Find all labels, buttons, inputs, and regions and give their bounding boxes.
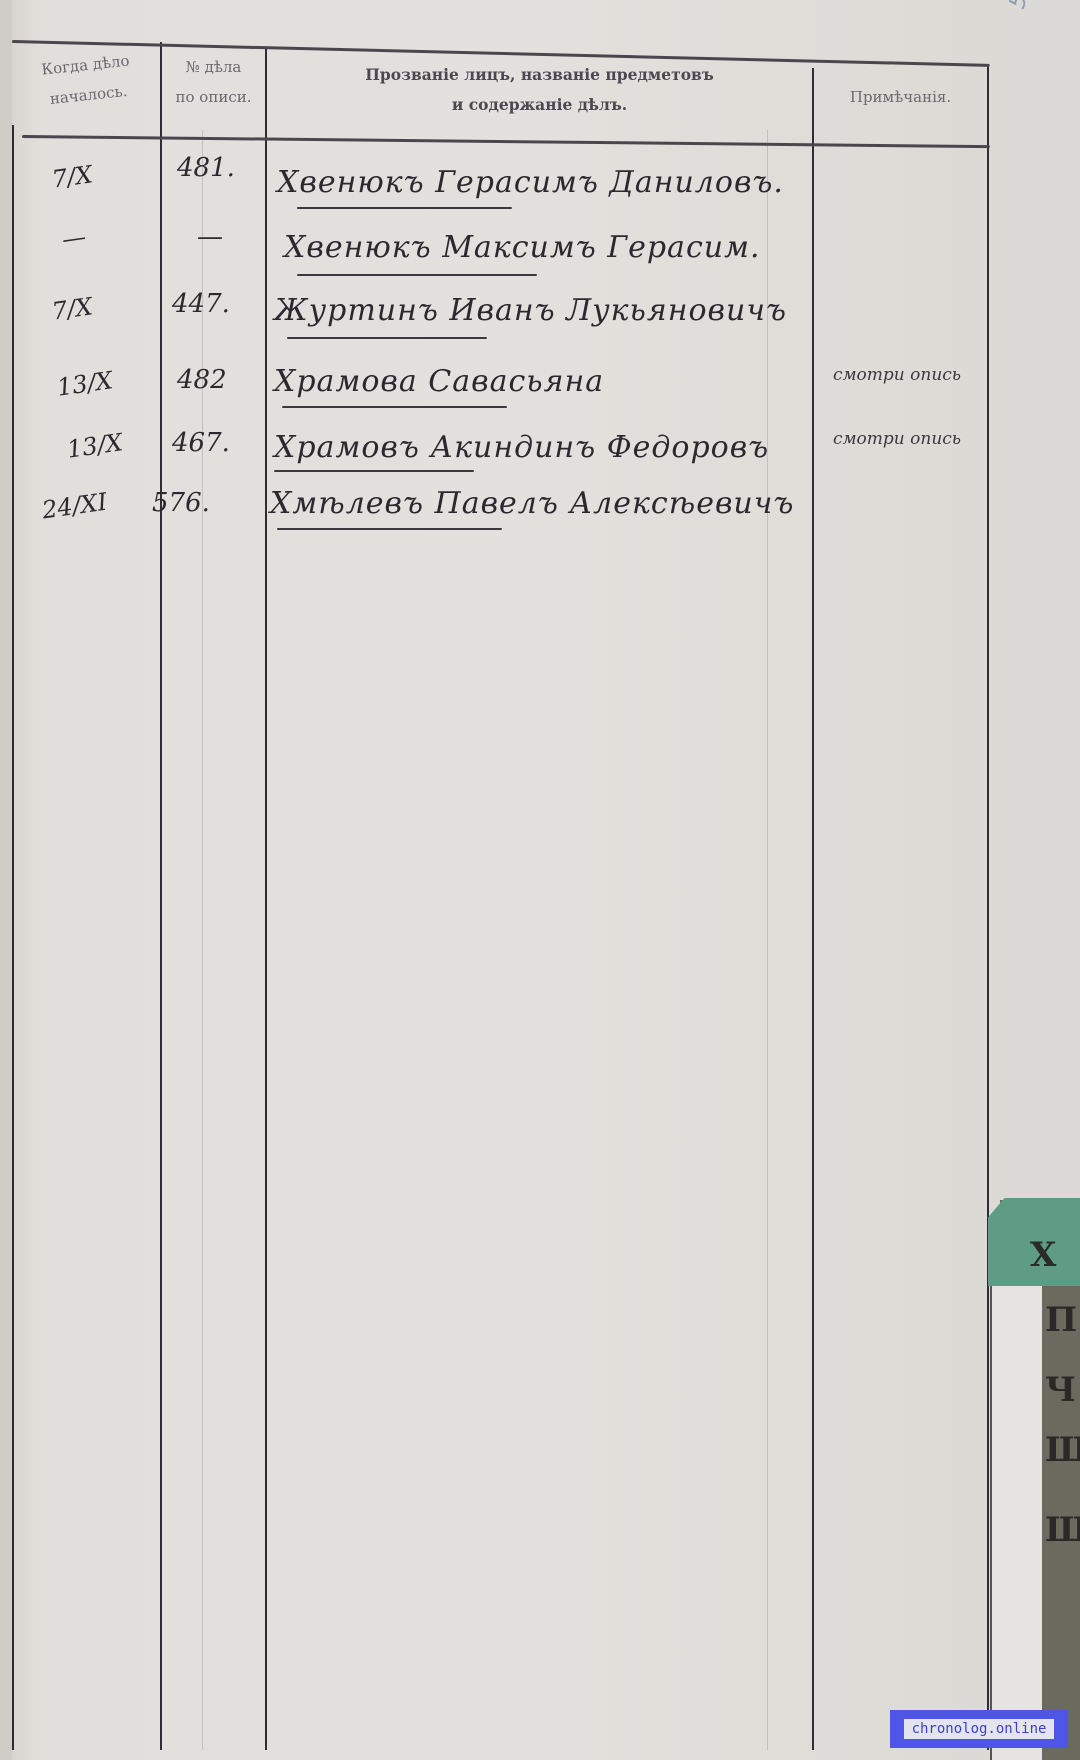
- row-name: Хмѣлевъ Павелъ Алексѣевичъ: [270, 486, 794, 521]
- row-note: смотри опись: [812, 366, 982, 384]
- name-underline: [274, 470, 474, 472]
- row-number: 447.: [172, 289, 230, 319]
- index-tab-letter: Х: [1030, 1235, 1056, 1275]
- row-number: —: [197, 222, 223, 252]
- row-name: Журтинъ Иванъ Лукьяновичъ: [274, 293, 787, 328]
- register-table: Когда дѣло началось. № дѣла по описи. Пр…: [12, 30, 990, 1750]
- name-underline: [287, 337, 487, 339]
- row-number: 482: [177, 365, 227, 395]
- row-date: 13/X: [65, 428, 124, 463]
- header-notes: Примѣчанія.: [814, 82, 987, 112]
- name-underline: [297, 207, 512, 209]
- table-row: 7/X 481. Хвенюкъ Герасимъ Даниловъ.: [12, 145, 990, 209]
- row-name: Храмовъ Акиндинъ Федоровъ: [274, 430, 769, 465]
- name-underline: [277, 528, 502, 530]
- table-row: — — Хвенюкъ Максимъ Герасим.: [12, 210, 990, 274]
- archival-folio-number: 5/166: [1005, 0, 1046, 11]
- row-date: 7/X: [50, 292, 94, 325]
- row-date: 13/X: [55, 366, 114, 401]
- register-page: Когда дѣло началось. № дѣла по описи. Пр…: [0, 0, 1000, 1760]
- table-row: 13/X 467. Храмовъ Акиндинъ Федоровъ смот…: [12, 420, 990, 484]
- name-underline: [282, 406, 507, 408]
- row-name: Хвенюкъ Герасимъ Даниловъ.: [277, 165, 784, 200]
- row-number: 467.: [172, 428, 230, 458]
- row-number: 481.: [177, 153, 235, 183]
- header-subject: Прозваніе лицъ, названіе предметовъ и со…: [267, 60, 812, 120]
- table-row: 13/X 482 Храмова Савасьяна смотри опись: [12, 350, 990, 414]
- row-name: Храмова Савасьяна: [274, 364, 604, 399]
- watermark-badge: chronolog.online: [890, 1710, 1068, 1748]
- index-tab-label: Ч: [1045, 1370, 1080, 1410]
- row-number: 576.: [152, 488, 210, 518]
- index-tab-label: П: [1045, 1300, 1080, 1340]
- table-row: 7/X 447. Журтинъ Иванъ Лукьяновичъ: [12, 275, 990, 339]
- row-date: —: [60, 222, 88, 253]
- row-name: Хвенюкъ Максимъ Герасим.: [284, 230, 760, 265]
- header-date: Когда дѣло началось.: [14, 43, 160, 117]
- page-edge-strip: [990, 1285, 1042, 1760]
- table-row: 24/XI 576. Хмѣлевъ Павелъ Алексѣевичъ: [12, 478, 990, 542]
- row-date: 24/XI: [40, 488, 108, 525]
- row-note: смотри опись: [812, 430, 982, 448]
- page-binding-edge: [0, 0, 12, 1760]
- watermark-text: chronolog.online: [904, 1719, 1055, 1739]
- row-date: 7/X: [50, 160, 94, 193]
- header-number: № дѣла по описи.: [162, 52, 265, 112]
- index-tab-label: Щ: [1045, 1510, 1080, 1550]
- index-tab-label: Ш: [1045, 1430, 1080, 1470]
